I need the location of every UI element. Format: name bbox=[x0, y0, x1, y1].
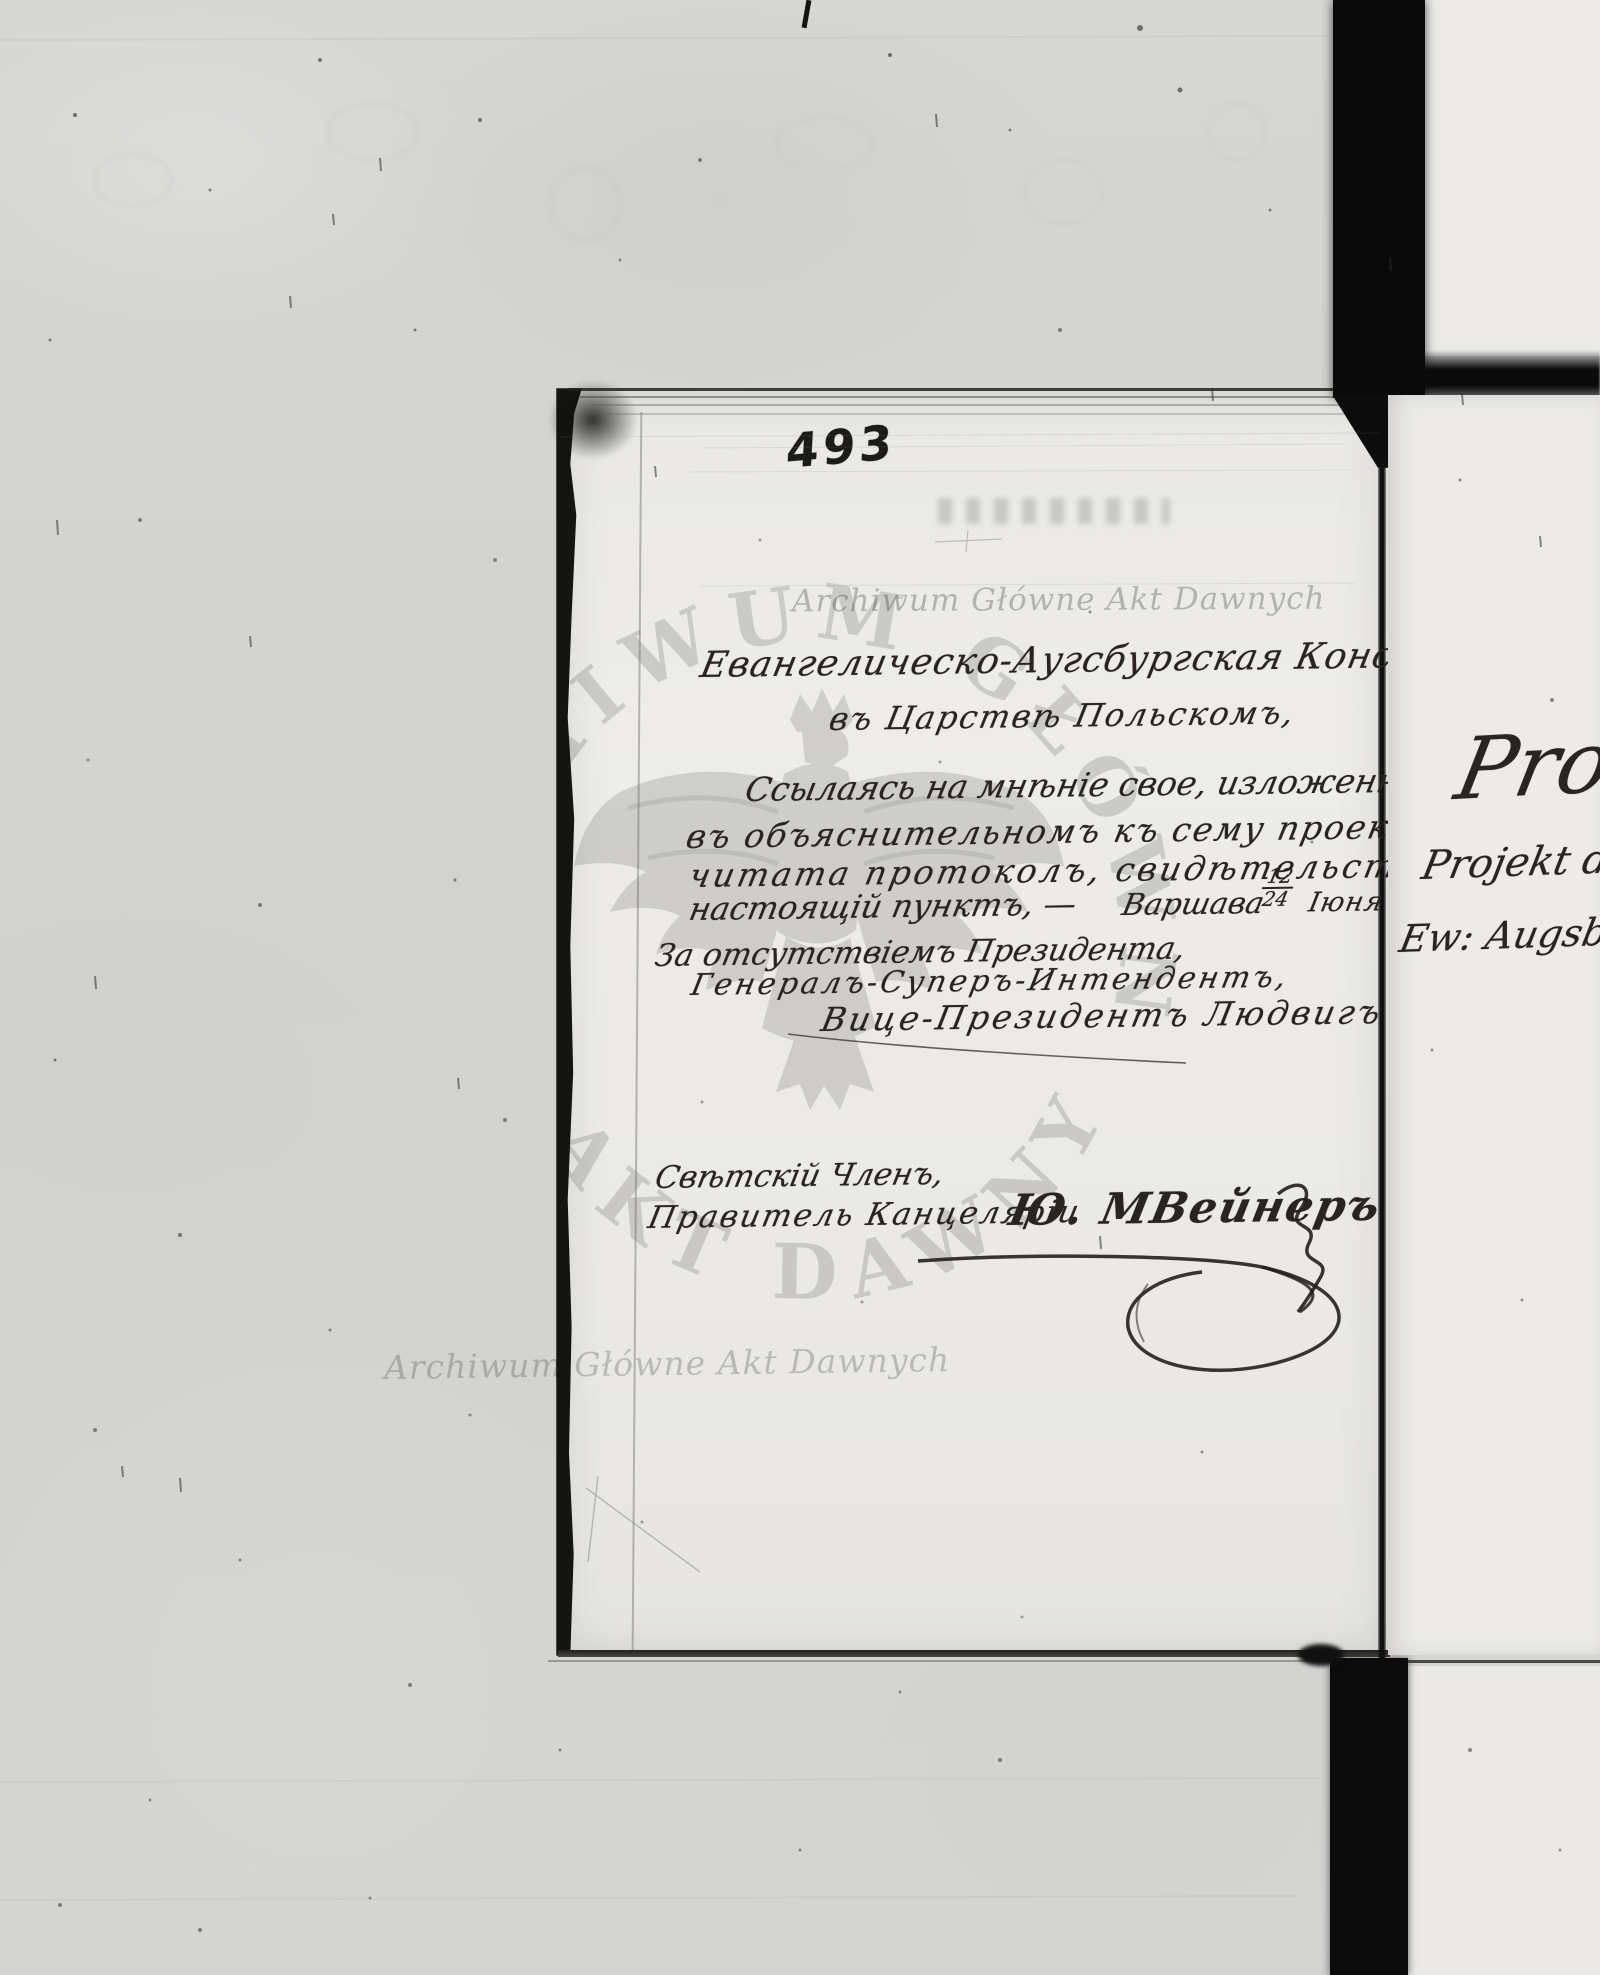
archival-scan-photo: ARCHIWUM GŁÓWNE AKT DAWNYCH 493 Archiwum… bbox=[0, 0, 1600, 1975]
faint-damask-pattern bbox=[0, 60, 1330, 300]
stacked-sheet-line bbox=[580, 396, 1372, 398]
ink-bleedthrough-smudge bbox=[938, 498, 1170, 524]
date-new-style: 12 bbox=[1262, 866, 1298, 889]
gutter-ink-blob bbox=[1298, 1644, 1344, 1666]
page-bottom-edge bbox=[558, 1650, 1390, 1657]
facing-page-line-fragment: Ew: Augsbu bbox=[1396, 909, 1600, 961]
adjacent-frame-top-right bbox=[1425, 0, 1600, 356]
signature-name: Ю. МВейнеръ bbox=[1005, 1181, 1386, 1236]
facing-page-line-fragment: Projekt do bbox=[1418, 836, 1600, 889]
film-frame-band bbox=[1420, 350, 1600, 398]
facing-page-fragment: Prot Projekt do Ew: Augsbu bbox=[1388, 395, 1600, 1655]
body-line-4-text: настоящій пунктъ, — bbox=[686, 885, 1080, 928]
page-bottom-shadow-line bbox=[548, 1660, 1398, 1662]
facing-page-title-fragment: Prot bbox=[1448, 710, 1600, 820]
page-number: 493 bbox=[785, 415, 898, 480]
adjacent-frame-bottom-right bbox=[1408, 1666, 1600, 1975]
heading-line-2: въ Царствѣ Польскомъ, bbox=[826, 694, 1299, 738]
film-frame-bar-bottom bbox=[1330, 1658, 1408, 1975]
stacked-sheet-line bbox=[592, 404, 1374, 406]
dateline-place: Варшава bbox=[1119, 886, 1267, 923]
film-frame-bar-top bbox=[1333, 0, 1425, 398]
frame-divider-line bbox=[1408, 1660, 1600, 1663]
page-top-edge bbox=[568, 388, 1370, 391]
stacked-sheet-line bbox=[604, 413, 1376, 415]
body-line-4-with-dateline: настоящій пунктъ, — Варшава 12 24 Іюня 1… bbox=[686, 885, 1080, 928]
closing-line-1: Свѣтскій Членъ, bbox=[652, 1156, 947, 1196]
absence-line-3: Вице-Президентъ Людвигъ bbox=[818, 992, 1387, 1039]
corner-ink-smudge bbox=[548, 380, 638, 460]
archive-watermark-top: Archiwum Główne Akt Dawnych bbox=[792, 581, 1326, 620]
date-old-style: 24 bbox=[1261, 889, 1290, 909]
archive-watermark-bottom: Archiwum Główne Akt Dawnych bbox=[384, 1340, 951, 1387]
